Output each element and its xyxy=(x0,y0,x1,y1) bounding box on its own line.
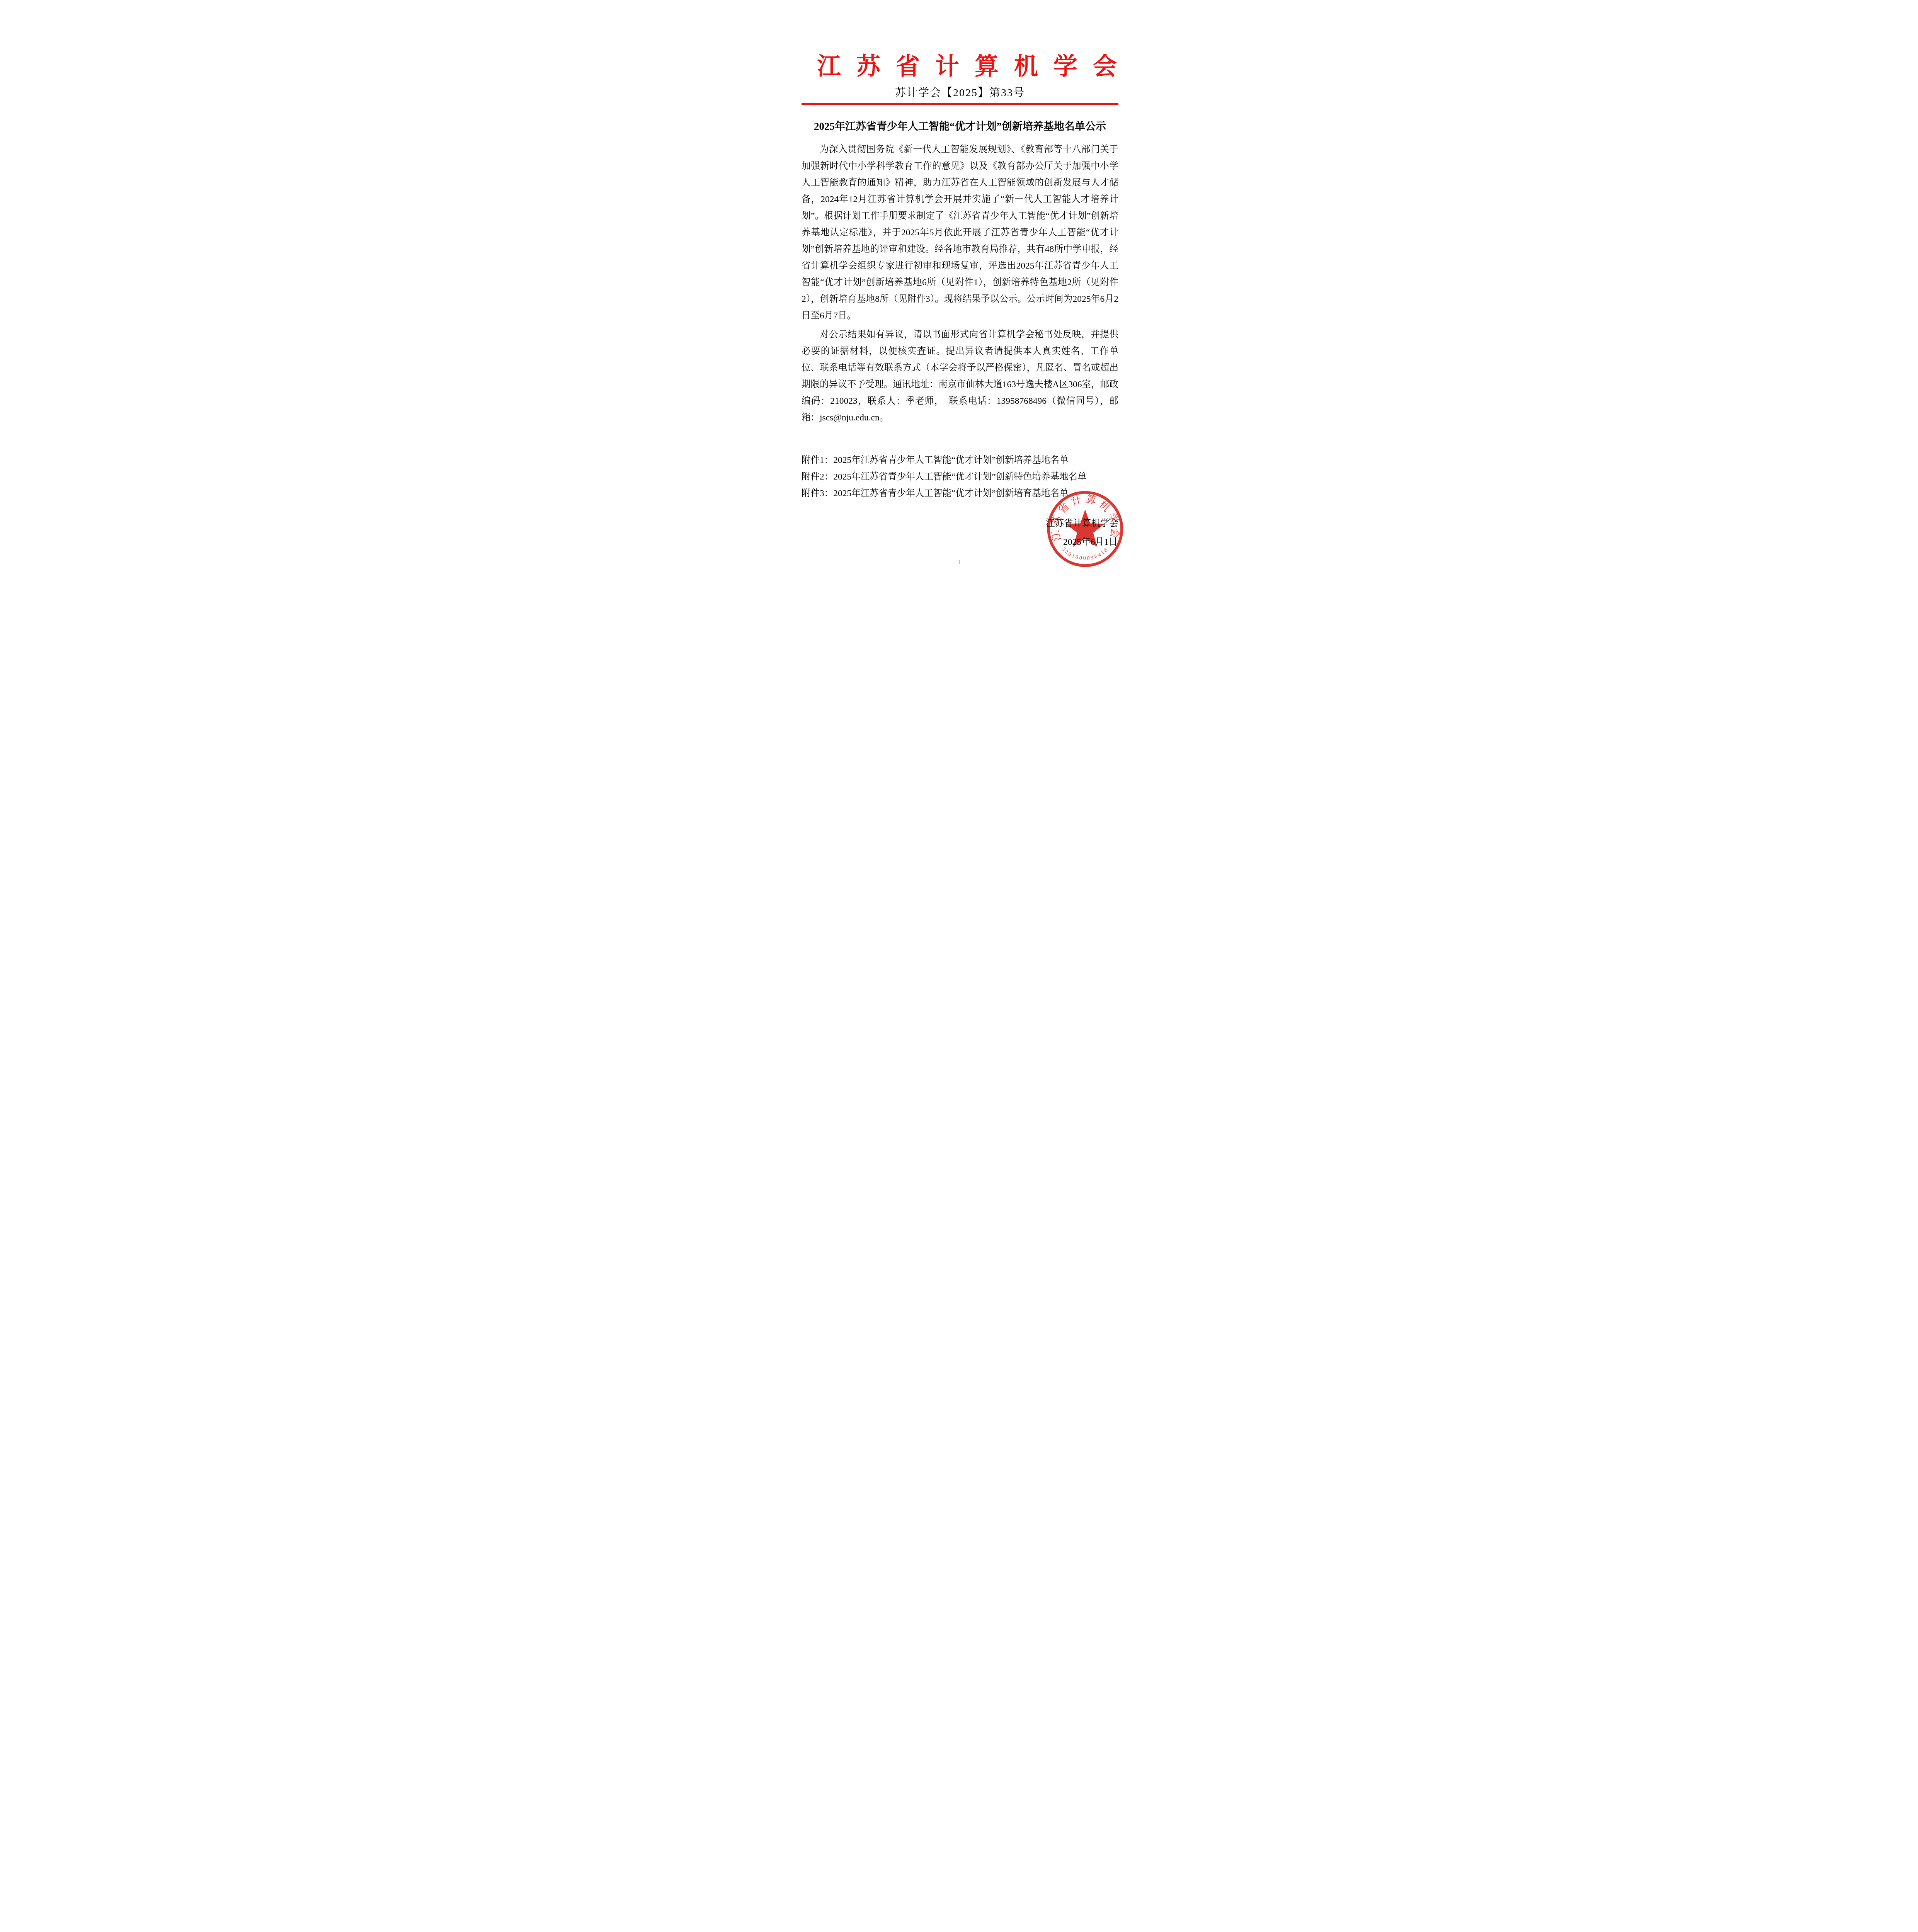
body-paragraph-1: 为深入贯彻国务院《新一代人工智能发展规划》、《教育部等十八部门关于加强新时代中小… xyxy=(802,141,1118,324)
attachment-item-1: 附件1：2025年江苏省青少年人工智能“优才计划”创新培养基地名单 xyxy=(802,452,1118,469)
body-paragraph-2: 对公示结果如有异议，请以书面形式向省计算机学会秘书处反映，并提供必要的证据材料，… xyxy=(802,327,1118,426)
document-content: 江苏省计算机学会 苏计学会【2025】第33号 2025年江苏省青少年人工智能“… xyxy=(746,50,1172,502)
seal-serial-number: 3201000096418 xyxy=(1060,546,1110,561)
red-divider-rule xyxy=(802,103,1118,105)
official-seal-graphic: 江苏省计算机学会 3201000096418 xyxy=(1045,489,1125,569)
svg-text:3201000096418: 3201000096418 xyxy=(1060,546,1110,561)
issuing-org-header: 江苏省计算机学会 xyxy=(802,50,1118,83)
document-title: 2025年江苏省青少年人工智能“优才计划”创新培养基地名单公示 xyxy=(802,119,1118,134)
document-page: 江苏省计算机学会 苏计学会【2025】第33号 2025年江苏省青少年人工智能“… xyxy=(746,0,1172,602)
doc-number: 苏计学会【2025】第33号 xyxy=(802,86,1118,100)
attachment-item-2: 附件2：2025年江苏省青少年人工智能“优才计划”创新特色培养基地名单 xyxy=(802,469,1118,485)
official-seal: 江苏省计算机学会 3201000096418 xyxy=(1045,489,1125,569)
seal-star-icon xyxy=(1065,510,1105,547)
